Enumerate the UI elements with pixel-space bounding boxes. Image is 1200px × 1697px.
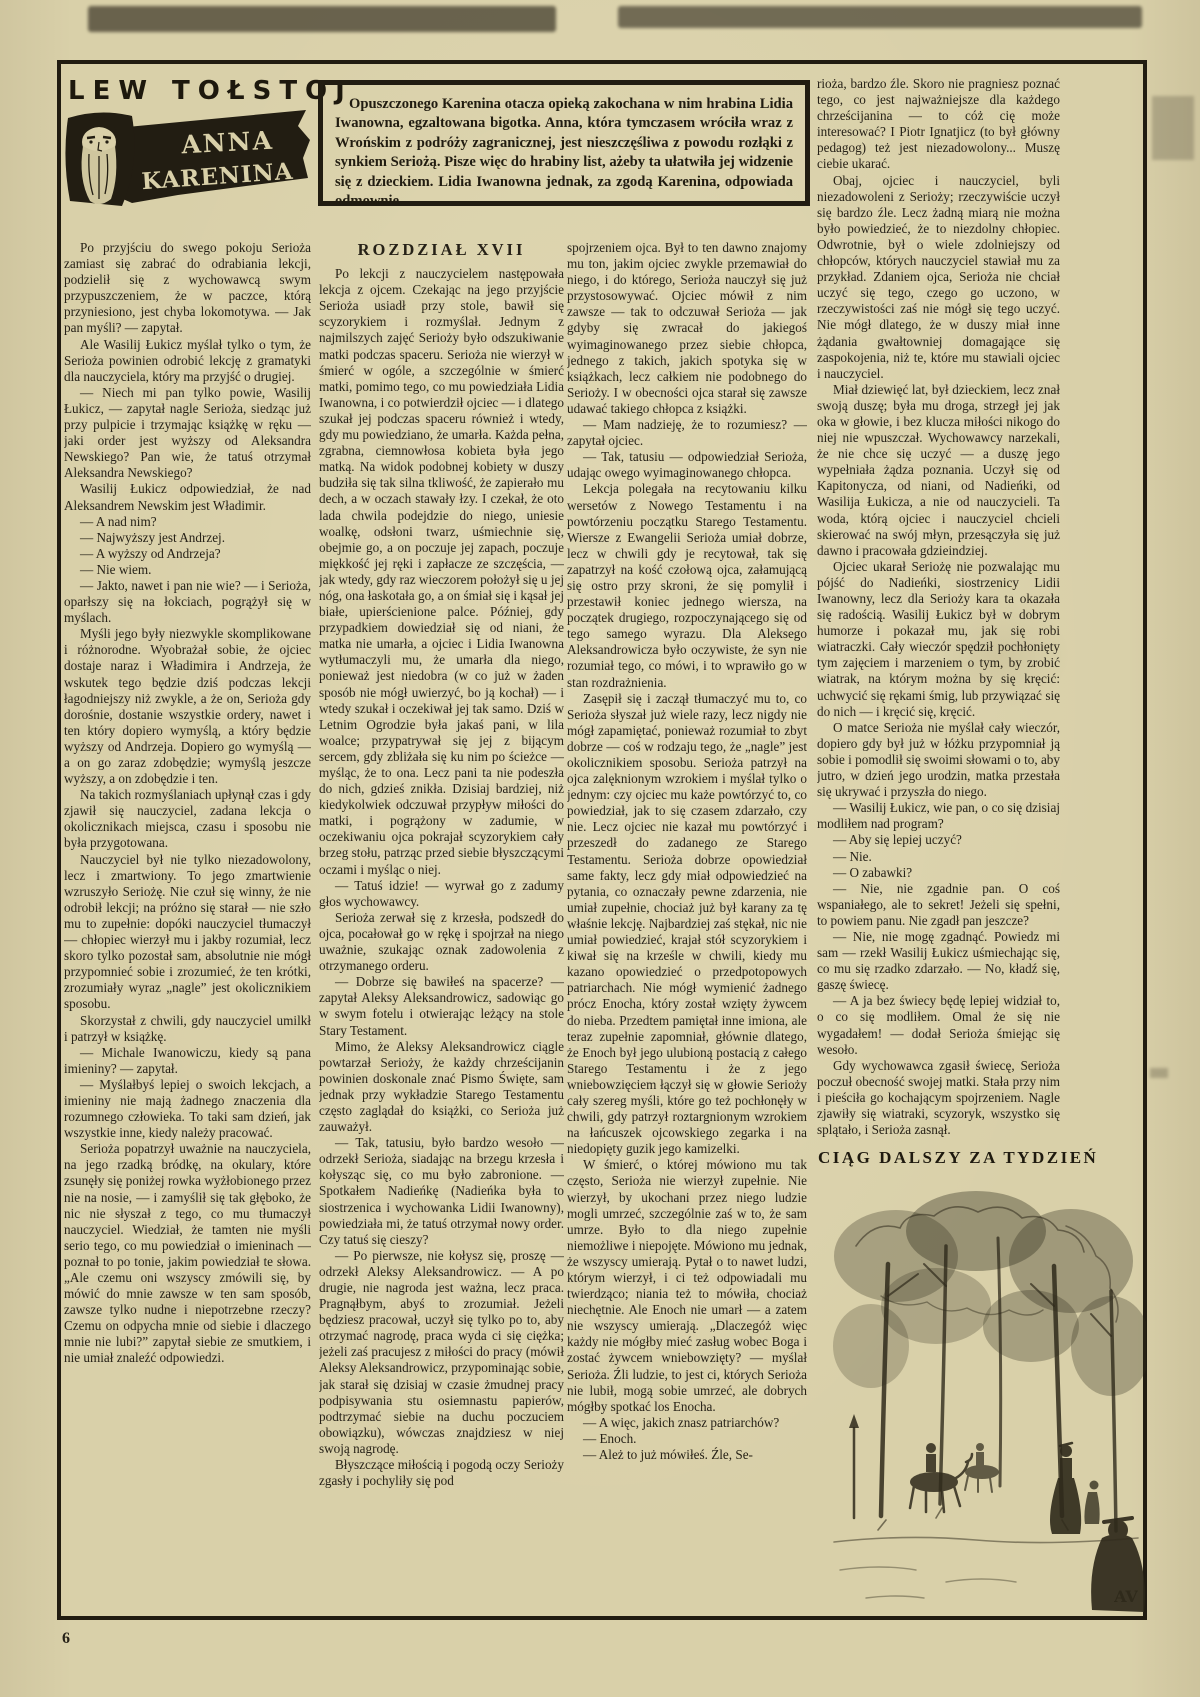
paragraph: Wasilij Łukicz odpowiedział, że nad Alek… [64, 481, 311, 513]
page-number: 6 [62, 1630, 70, 1648]
paragraph: Po przyjściu do swego pokoju Serioża zam… [64, 240, 311, 337]
paragraph: Ojciec ukarał Seriożę nie pozwalając mu … [817, 559, 1060, 720]
top-edge-artifact [88, 6, 556, 32]
paragraph: O matce Serioża nie myślał cały wieczór,… [817, 720, 1060, 800]
paragraph: W śmierć, o której mówiono mu tak często… [567, 1157, 807, 1415]
paragraph: — Nie, nie zgadnie pan. O coś wspaniałeg… [817, 881, 1060, 929]
paragraph: — Niech mi pan tylko powie, Wasilij Łuki… [64, 385, 311, 482]
paragraph: — Wasilij Łukicz, wie pan, o co się dzis… [817, 800, 1060, 832]
text-column-3: spojrzeniem ojca. Był to ten dawno znajo… [567, 240, 807, 1612]
paragraph: — Tak, tatusiu, było bardzo wesoło — odr… [319, 1135, 564, 1248]
text-column-2: ROZDZIAŁ XVIIPo lekcji z nauczycielem na… [319, 240, 564, 1612]
paragraph: — Ależ to już mówiłeś. Źle, Se- [567, 1447, 807, 1463]
paragraph: — A wyższy od Andrzeja? [64, 546, 311, 562]
paragraph: — Mam nadzieję, że to rozumiesz? — zapyt… [567, 417, 807, 449]
paragraph: — Nie. [817, 849, 1060, 865]
right-edge-artifact [1150, 1068, 1168, 1078]
paragraph: Nauczyciel był nie tylko niezadowolony, … [64, 852, 311, 1013]
paragraph: Serioża popatrzył uważnie na nauczyciela… [64, 1141, 311, 1366]
right-edge-artifact [1152, 96, 1194, 160]
paragraph: spojrzeniem ojca. Był to ten dawno znajo… [567, 240, 807, 417]
paragraph: — Dobrze się bawiłeś na spacerze? — zapy… [319, 974, 564, 1038]
paragraph: — Nie wiem. [64, 562, 311, 578]
paragraph: Błyszczące miłością i pogodą oczy Serioż… [319, 1457, 564, 1489]
synopsis-box: Opuszczonego Karenina otacza opieką zako… [318, 80, 810, 206]
paragraph: — A nad nim? [64, 514, 311, 530]
chapter-heading: ROZDZIAŁ XVII [319, 242, 564, 258]
anna-karenina-logo: ANNA KARENINA [60, 104, 312, 210]
paragraph: — Tak, tatusiu — odpowiedział Serioża, u… [567, 449, 807, 481]
paragraph: Myśli jego były niezwykle skomplikowane … [64, 626, 311, 787]
paragraph: — Po pierwsze, nie kołysz się, proszę — … [319, 1248, 564, 1457]
continuation-notice: CIĄG DALSZY ZA TYDZIEŃ [818, 1148, 1148, 1168]
paragraph: — Najwyższy jest Andrzej. [64, 530, 311, 546]
paragraph: Serioża zerwał się z krzesła, podszedł d… [319, 910, 564, 974]
synopsis-text: Opuszczonego Karenina otacza opieką zako… [335, 95, 793, 211]
park-scene-illustration: AV [826, 1186, 1146, 1612]
paragraph: — Tatuś idzie! — wyrwał go z zadumy głos… [319, 878, 564, 910]
paragraph: Lekcja polegała na recytowaniu kilku wer… [567, 481, 807, 690]
paragraph: Miał dziewięć lat, był dzieckiem, lecz z… [817, 382, 1060, 559]
paragraph: — Myślałbyś lepiej o swoich lekcjach, a … [64, 1077, 311, 1141]
paragraph: — A ja bez świecy będę lepiej widział to… [817, 993, 1060, 1057]
illustration-signature: AV [1113, 1587, 1138, 1606]
text-column-4: rioża, bardzo źle. Skoro nie pragniesz p… [817, 76, 1060, 1148]
paragraph: Ale Wasilij Łukicz myślał tylko o tym, ż… [64, 337, 311, 385]
paragraph: — Nie, nie mogę zgadnąć. Powiedz mi sam … [817, 929, 1060, 993]
newspaper-page: LEW TOŁSTOJ ANNA KARENINA Opuszczonego K… [0, 0, 1200, 1697]
paragraph: — A więc, jakich znasz patriarchów? [567, 1415, 807, 1431]
paragraph: Skorzystał z chwili, gdy nauczyciel umil… [64, 1013, 311, 1045]
paragraph: Gdy wychowawca zgasił świecę, Serioża po… [817, 1058, 1060, 1138]
author-name: LEW TOŁSTOJ [68, 76, 353, 106]
logo-title-line1: ANNA [180, 126, 275, 160]
paragraph: — Michale Iwanowiczu, kiedy są pana imie… [64, 1045, 311, 1077]
paragraph: Po lekcji z nauczycielem następowała lek… [319, 266, 564, 878]
paragraph: Obaj, ojciec i nauczyciel, byli niezadow… [817, 173, 1060, 382]
paragraph: — Jakto, nawet i pan nie wie? — i Serioż… [64, 578, 311, 626]
paragraph: Mimo, że Aleksy Aleksandrowicz ciągle po… [319, 1039, 564, 1136]
paragraph: — O zabawki? [817, 865, 1060, 881]
paragraph: Na takich rozmyślaniach upłynął czas i g… [64, 787, 311, 851]
paragraph: rioża, bardzo źle. Skoro nie pragniesz p… [817, 76, 1060, 173]
text-column-1: Po przyjściu do swego pokoju Serioża zam… [64, 240, 311, 1612]
paragraph: — Aby się lepiej uczyć? [817, 832, 1060, 848]
paragraph: Zasępił się i zaczął tłumaczyć mu to, co… [567, 691, 807, 1158]
top-edge-artifact [618, 6, 1142, 28]
paragraph: — Enoch. [567, 1431, 807, 1447]
